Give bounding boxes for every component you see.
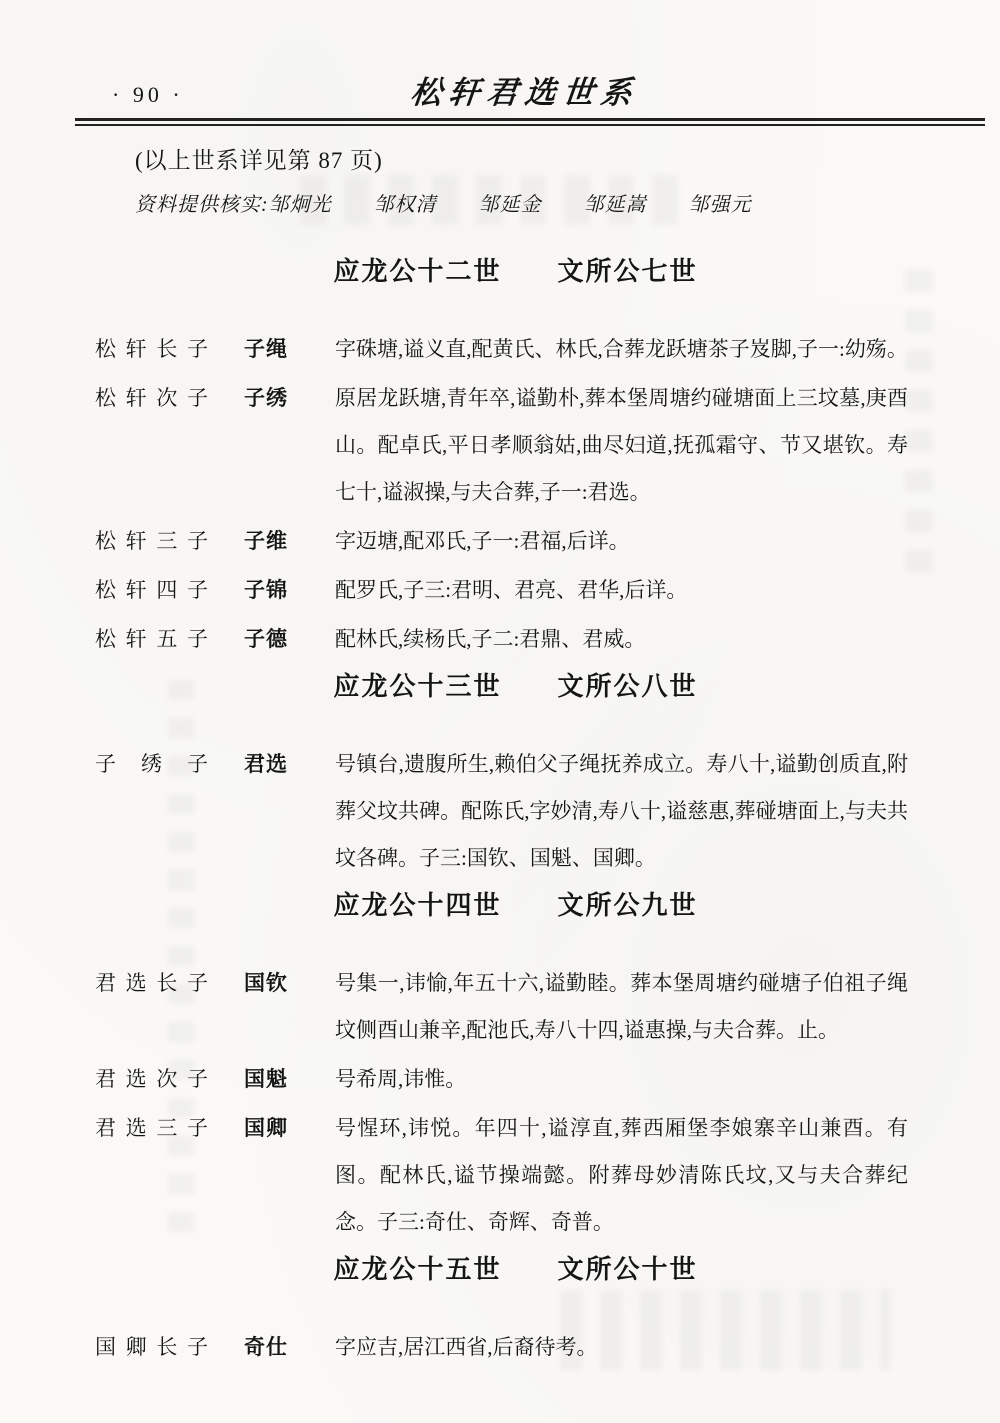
- entry-name: 子绳: [244, 326, 306, 373]
- generation-heading: 应龙公十四世文所公九世: [109, 888, 922, 922]
- entry-row: 松轩五子 子德 配林氏,续杨氏,子二:君鼎、君威。: [95, 616, 908, 663]
- entry-relation: 松轩五子: [95, 616, 208, 663]
- generation-heading-left: 应龙公十三世: [333, 671, 501, 701]
- providers-note: 资料提供核实:邹炯光 邹权清 邹延金 邹延嵩 邹强元: [135, 191, 908, 219]
- entry-relation: 子绣子: [95, 741, 208, 788]
- entry-description: 号镇台,遗腹所生,赖伯父子绳抚养成立。寿八十,谥勤创质直,附葬父坟共碑。配陈氏,…: [335, 741, 908, 882]
- entry-row: 君选长子 国钦 号集一,讳愉,年五十六,谥勤睦。葬本堡周塘约碰塘子伯祖子绳坟侧酉…: [95, 960, 908, 1054]
- entry-relation: 松轩四子: [95, 567, 208, 614]
- entry-name: 子德: [244, 616, 306, 663]
- generation-heading-right: 文所公七世: [558, 256, 698, 286]
- entry-name: 子绣: [244, 375, 306, 422]
- generation-heading-right: 文所公九世: [558, 890, 698, 920]
- genealogy-page: · 90 · 松轩君选世系 (以上世系详见第 87 页) 资料提供核实:邹炯光 …: [0, 0, 1000, 1423]
- entry-row: 松轩长子 子绳 字硃塘,谥义直,配黄氏、林氏,合葬龙跃塘茶子岌脚,子一:幼殇。: [95, 326, 908, 373]
- book-title: 松轩君选世系: [23, 67, 1000, 112]
- generation-heading-left: 应龙公十五世: [333, 1254, 501, 1284]
- entry-description: 字应吉,居江西省,后裔待考。: [335, 1324, 908, 1371]
- entry-name: 国卿: [244, 1105, 306, 1152]
- entry-description: 号集一,讳愉,年五十六,谥勤睦。葬本堡周塘约碰塘子伯祖子绳坟侧酉山兼辛,配池氏,…: [335, 960, 908, 1054]
- page-header: · 90 · 松轩君选世系: [0, 0, 1000, 118]
- generation-section-13: 应龙公十三世文所公八世 子绣子 君选 号镇台,遗腹所生,赖伯父子绳抚养成立。寿八…: [95, 669, 908, 882]
- entry-description: 原居龙跃塘,青年卒,谥勤朴,葬本堡周塘约碰塘面上三坟墓,庚酉山。配卓氏,平日孝顺…: [335, 375, 908, 516]
- entry-description: 号希周,讳惟。: [335, 1056, 908, 1103]
- generation-section-12: 应龙公十二世文所公七世 松轩长子 子绳 字硃塘,谥义直,配黄氏、林氏,合葬龙跃塘…: [95, 254, 908, 663]
- generation-heading-left: 应龙公十四世: [333, 890, 501, 920]
- entry-relation: 君选次子: [95, 1056, 208, 1103]
- generation-heading: 应龙公十二世文所公七世: [109, 254, 922, 288]
- entry-relation: 国卿长子: [95, 1324, 208, 1371]
- entry-name: 子维: [244, 518, 306, 565]
- entry-description: 字迈塘,配邓氏,子一:君福,后详。: [335, 518, 908, 565]
- entry-relation: 松轩三子: [95, 518, 208, 565]
- generation-heading: 应龙公十三世文所公八世: [109, 669, 922, 703]
- generation-heading: 应龙公十五世文所公十世: [109, 1252, 922, 1286]
- entry-name: 君选: [244, 741, 306, 788]
- entry-relation: 松轩长子: [95, 326, 208, 373]
- generation-heading-right: 文所公十世: [558, 1254, 698, 1284]
- generation-heading-right: 文所公八世: [558, 671, 698, 701]
- generation-section-14: 应龙公十四世文所公九世 君选长子 国钦 号集一,讳愉,年五十六,谥勤睦。葬本堡周…: [95, 888, 908, 1246]
- see-note: (以上世系详见第 87 页): [135, 146, 908, 176]
- entry-description: 字硃塘,谥义直,配黄氏、林氏,合葬龙跃塘茶子岌脚,子一:幼殇。: [335, 326, 908, 373]
- entry-row: 松轩四子 子锦 配罗氏,子三:君明、君亮、君华,后详。: [95, 567, 908, 614]
- entry-description: 配罗氏,子三:君明、君亮、君华,后详。: [335, 567, 908, 614]
- entry-name: 奇仕: [244, 1324, 306, 1371]
- generation-heading-left: 应龙公十二世: [333, 256, 501, 286]
- generation-section-15: 应龙公十五世文所公十世 国卿长子 奇仕 字应吉,居江西省,后裔待考。: [95, 1252, 908, 1371]
- entry-name: 国钦: [244, 960, 306, 1007]
- entry-relation: 松轩次子: [95, 375, 208, 422]
- entry-row: 君选三子 国卿 号惺环,讳悦。年四十,谥淳直,葬西厢堡李娘寨辛山兼酉。有图。配林…: [95, 1105, 908, 1246]
- entry-row: 君选次子 国魁 号希周,讳惟。: [95, 1056, 908, 1103]
- entry-relation: 君选长子: [95, 960, 208, 1007]
- page-content: (以上世系详见第 87 页) 资料提供核实:邹炯光 邹权清 邹延金 邹延嵩 邹强…: [0, 146, 1000, 1371]
- header-divider: [75, 118, 985, 126]
- entry-row: 松轩次子 子绣 原居龙跃塘,青年卒,谥勤朴,葬本堡周塘约碰塘面上三坟墓,庚酉山。…: [95, 375, 908, 516]
- entry-name: 国魁: [244, 1056, 306, 1103]
- entry-relation: 君选三子: [95, 1105, 208, 1152]
- entry-row: 子绣子 君选 号镇台,遗腹所生,赖伯父子绳抚养成立。寿八十,谥勤创质直,附葬父坟…: [95, 741, 908, 882]
- entry-row: 国卿长子 奇仕 字应吉,居江西省,后裔待考。: [95, 1324, 908, 1371]
- entry-description: 配林氏,续杨氏,子二:君鼎、君威。: [335, 616, 908, 663]
- entry-description: 号惺环,讳悦。年四十,谥淳直,葬西厢堡李娘寨辛山兼酉。有图。配林氏,谥节操端懿。…: [335, 1105, 908, 1246]
- entry-row: 松轩三子 子维 字迈塘,配邓氏,子一:君福,后详。: [95, 518, 908, 565]
- entry-name: 子锦: [244, 567, 306, 614]
